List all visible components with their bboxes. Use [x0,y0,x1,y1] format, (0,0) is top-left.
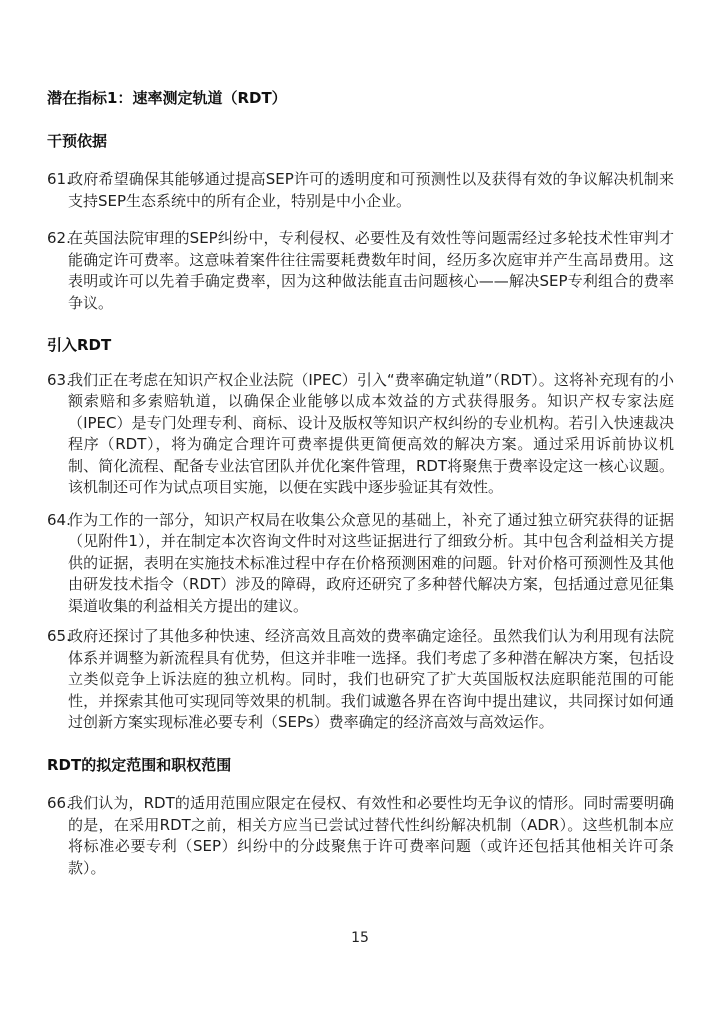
paragraph-64: 64. 作为工作的一部分，知识产权局在收集公众意见的基础上，补充了通过独立研究获… [47,510,674,618]
paragraph-66: 66. 我们认为，RDT的适用范围应限定在侵权、有效性和必要性均无争议的情形。同… [47,793,674,879]
document-page: 潜在指标1：速率测定轨道（RDT） 干预依据 61. 政府希望确保其能够通过提高… [0,0,720,1017]
paragraph-61: 61. 政府希望确保其能够通过提高SEP许可的透明度和可预测性以及获得有效的争议… [47,169,674,212]
paragraph-66-number: 66. [47,793,71,815]
subheading-intervention-basis: 干预依据 [47,131,674,153]
paragraph-64-text: 作为工作的一部分，知识产权局在收集公众意见的基础上，补充了通过独立研究获得的证据… [68,511,674,615]
section-title: 潜在指标1：速率测定轨道（RDT） [47,88,674,110]
paragraph-62: 62. 在英国法院审理的SEP纠纷中，专利侵权、必要性及有效性等问题需经过多轮技… [47,228,674,314]
subheading-introduce-rdt: 引入RDT [47,335,674,357]
paragraph-65-text: 政府还探讨了其他多种快速、经济高效且高效的费率确定途径。虽然我们认为利用现有法院… [68,627,674,731]
paragraph-61-number: 61. [47,169,71,191]
page-number: 15 [0,928,720,948]
paragraph-62-text: 在英国法院审理的SEP纠纷中，专利侵权、必要性及有效性等问题需经过多轮技术性审判… [68,229,674,312]
paragraph-64-number: 64. [47,510,71,532]
paragraph-66-text: 我们认为，RDT的适用范围应限定在侵权、有效性和必要性均无争议的情形。同时需要明… [68,794,674,877]
paragraph-63-number: 63. [47,370,71,392]
document-content: 潜在指标1：速率测定轨道（RDT） 干预依据 61. 政府希望确保其能够通过提高… [0,0,720,879]
paragraph-61-text: 政府希望确保其能够通过提高SEP许可的透明度和可预测性以及获得有效的争议解决机制… [68,170,674,210]
paragraph-63: 63. 我们正在考虑在知识产权企业法院（IPEC）引入“费率确定轨道”（RDT）… [47,370,674,499]
paragraph-65-number: 65. [47,626,71,648]
subheading-rdt-scope: RDT的拟定范围和职权范围 [47,755,674,777]
paragraph-63-text: 我们正在考虑在知识产权企业法院（IPEC）引入“费率确定轨道”（RDT）。这将补… [68,371,674,497]
paragraph-65: 65. 政府还探讨了其他多种快速、经济高效且高效的费率确定途径。虽然我们认为利用… [47,626,674,734]
paragraph-62-number: 62. [47,228,71,250]
